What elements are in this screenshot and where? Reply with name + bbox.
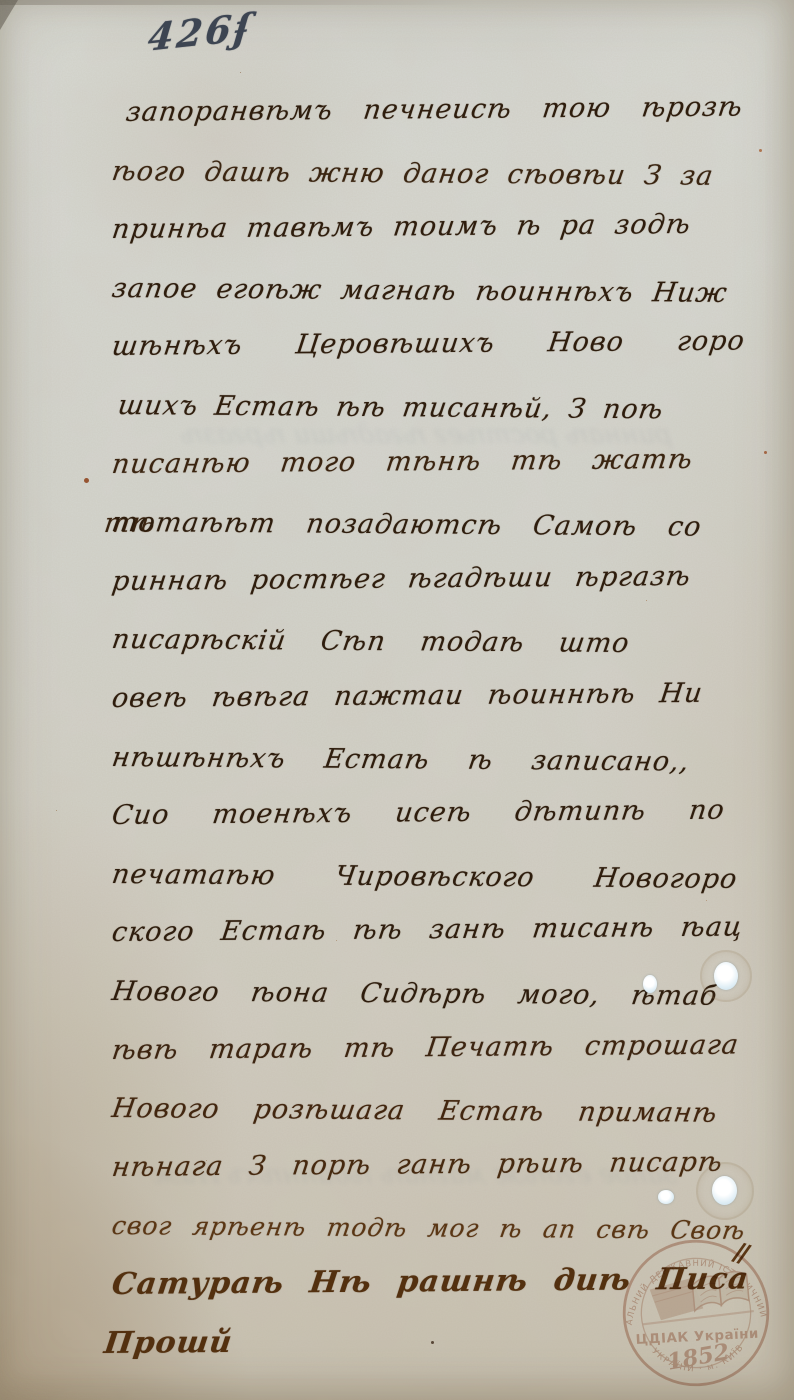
manuscript-line: принѣа тавѣмъ тоимъ ѣ ра зодѣ bbox=[108, 196, 752, 260]
folio-number: 426ʄ bbox=[146, 4, 255, 60]
manuscript-line: Сио тоенѣхъ исеѣ дѣтипѣ по bbox=[108, 782, 752, 846]
foxing-spots bbox=[84, 478, 89, 483]
damage-spot bbox=[643, 975, 657, 993]
damage-spot bbox=[714, 962, 738, 990]
manuscript-line: писанѣю того тѣнѣ тѣ жатѣ тѣ bbox=[108, 430, 752, 494]
manuscript-text-block: запоранвѣмъ печнеисѣ тою ѣрозѣ ѣого дашѣ… bbox=[112, 84, 748, 1314]
manuscript-line: овеѣ ѣвѣга пажтаи ѣоиннѣѣ Ни bbox=[108, 664, 752, 728]
manuscript-line: ского Естаѣ ѣѣ занѣ тисанѣ ѣац bbox=[108, 899, 752, 963]
manuscript-page: 426ʄ риннаѣ ростѣег ѣгадѣши ѣргазѣ запое… bbox=[0, 0, 794, 1400]
manuscript-line: нѣнага З порѣ ганѣ рѣиѣ писарѣ bbox=[108, 1133, 752, 1197]
damage-spot bbox=[658, 1190, 674, 1204]
manuscript-line: запоранвѣмъ печнеисѣ тою ѣрозѣ bbox=[108, 78, 752, 142]
manuscript-line: шѣнѣхъ Церовѣшихъ Ново горо bbox=[108, 313, 752, 377]
manuscript-line: ѣвѣ тараѣ тѣ Печатѣ строшага bbox=[108, 1016, 752, 1080]
manuscript-line: риннаѣ ростѣег ѣгадѣши ѣргазѣ bbox=[108, 547, 752, 611]
photo-edge-shadow bbox=[0, 0, 476, 5]
archive-stamp: ЦЕНТРАЛЬНИЙ ДЕРЖАВНИЙ ІСТОРИЧНИЙ АРХІВ У… bbox=[617, 1234, 775, 1392]
damage-spot bbox=[712, 1176, 737, 1205]
